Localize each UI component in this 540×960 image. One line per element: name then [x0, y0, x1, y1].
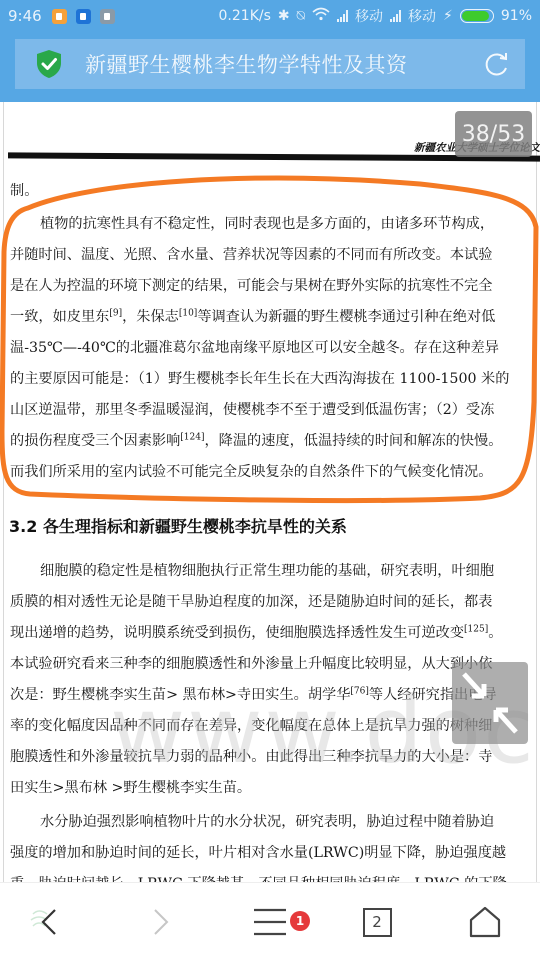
text-line: 山区逆温带，那里冬季温暖湿润，使樱桃李不至于遭受到低温伤害；（2）受冻 — [10, 395, 530, 426]
home-icon — [468, 905, 502, 939]
browser-toolbar: 新疆野生樱桃李生物学特性及其资 — [0, 32, 540, 102]
text-line: 一致，如皮里东[9]，朱保志[10]等调查认为新疆的野生樱桃李通过引种在绝对低 — [10, 302, 530, 333]
forward-arrow-icon — [145, 902, 175, 942]
battery-icon — [460, 9, 494, 23]
status-bar: 9:46 0.21K/s ✱ ⍉ 移动 移动 ⚡ 91% — [0, 0, 540, 32]
page-edge — [3, 102, 4, 882]
tabs-count-icon: 2 — [363, 908, 392, 937]
refresh-icon[interactable] — [483, 50, 511, 78]
secure-shield-icon — [35, 49, 63, 79]
alarm-off-icon: ⍉ — [297, 8, 305, 24]
page-counter: 38/53 — [455, 111, 532, 157]
text-line: 温-35℃—-40℃的北疆准葛尔盆地南缘平原地区可以安全越冬。存在这种差异 — [10, 333, 530, 364]
home-button[interactable] — [440, 883, 530, 960]
carrier-2: 移动 — [408, 6, 436, 26]
text-line: 强度的增加和胁迫时间的延长，叶片相对含水量(LRWC)明显下降，胁迫强度越 — [10, 838, 530, 869]
charging-icon: ⚡ — [443, 8, 453, 24]
text-line: 的损伤程度受三个因素影响[124]，降温的速度，低温持续的时间和解冻的快慢。 — [10, 426, 530, 457]
fragment-text: 制。 — [10, 176, 530, 207]
text-line: 重，胁迫时间越长，LRWC 下降越甚，不同品种相同胁迫程度，LRWC 的下降 — [10, 869, 530, 882]
bottom-navigation: 1 2 — [0, 882, 540, 960]
wifi-icon — [312, 7, 330, 25]
paragraph-cold-resistance: 植物的抗寒性具有不稳定性，同时表现也是多方面的，由诸多环节构成， 并随时间、温度… — [10, 209, 530, 488]
text-line: 并随时间、温度、光照、含水量、营养状况等因素的不同而有所改变。本试验 — [10, 240, 530, 271]
tabs-button[interactable]: 2 — [332, 883, 422, 960]
collapse-arrows-icon — [452, 662, 528, 744]
menu-notification-badge: 1 — [290, 911, 310, 931]
page-title: 新疆野生樱桃李生物学特性及其资 — [85, 49, 473, 79]
text-line: 质膜的相对透性无论是随干旱胁迫程度的加深，还是随胁迫时间的延长，都表 — [10, 587, 530, 618]
notification-file-icon — [76, 9, 91, 24]
battery-percent: 91% — [501, 8, 532, 24]
text-line: 而我们所采用的室内试验不可能完全反映复杂的自然条件下的气候变化情况。 — [10, 457, 530, 488]
text-line: 制。 — [10, 176, 530, 207]
notification-message-icon — [100, 9, 115, 24]
bluetooth-icon: ✱ — [278, 8, 290, 24]
text-line: 的主要原因可能是：（1）野生樱桃李长年生长在大西沟海拔在 1100-1500 米… — [10, 364, 530, 395]
document-viewer[interactable]: 新疆农业大学硕士学位论文 38/53 制。 植物的抗寒性具有不稳定性，同时表现也… — [0, 102, 540, 882]
text-line: 是在人为控温的环境下测定的结果，可能会与果树在野外实际的抗寒性不完全 — [10, 271, 530, 302]
notification-app-icon — [52, 9, 67, 24]
address-bar[interactable]: 新疆野生樱桃李生物学特性及其资 — [15, 39, 525, 89]
paragraph-water-stress: 水分胁迫强烈影响植物叶片的水分状况，研究表明，胁迫过程中随着胁迫 强度的增加和胁… — [10, 807, 530, 882]
network-speed: 0.21K/s — [219, 8, 271, 24]
carrier-1: 移动 — [355, 6, 383, 26]
clock: 9:46 — [8, 7, 42, 25]
text-line: 现出递增的趋势，说明膜系统受到损伤，使细胞膜选择透性发生可逆改变[125]。 — [10, 618, 530, 649]
text-line: 水分胁迫强烈影响植物叶片的水分状况，研究表明，胁迫过程中随着胁迫 — [10, 807, 530, 838]
forward-button[interactable] — [115, 883, 205, 960]
menu-icon — [252, 907, 288, 937]
text-line: 细胞膜的稳定性是植物细胞执行正常生理功能的基础，研究表明，叶细胞 — [10, 556, 530, 587]
back-button[interactable] — [0, 883, 90, 960]
text-line: 植物的抗寒性具有不稳定性，同时表现也是多方面的，由诸多环节构成， — [10, 209, 530, 240]
signal-icon-2 — [390, 10, 401, 22]
exit-fullscreen-button[interactable] — [452, 662, 528, 744]
section-heading: 3.2 各生理指标和新疆野生樱桃李抗旱性的关系 — [9, 514, 347, 537]
signal-icon-1 — [337, 10, 348, 22]
back-arrow-icon — [25, 902, 65, 942]
